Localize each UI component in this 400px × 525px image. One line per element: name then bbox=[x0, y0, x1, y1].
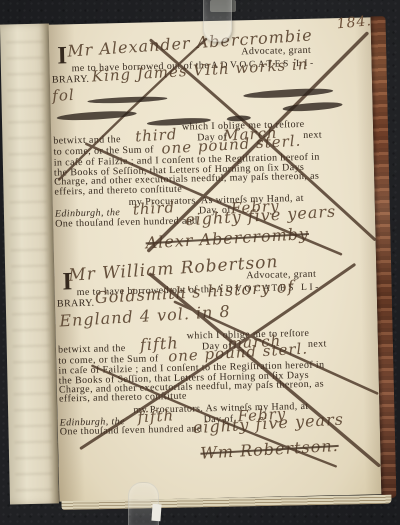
printed-next-label: next bbox=[303, 130, 322, 141]
printed-year-label: One thouſand ſeven hundred and bbox=[60, 423, 203, 437]
signed-day-handwritten: fifth bbox=[137, 406, 175, 426]
printed-next-label: next bbox=[308, 338, 327, 349]
entry-initial: I bbox=[57, 44, 67, 68]
photograph-of-register-book: 184. I Mr Alexander Abercrombie Advocate… bbox=[0, 0, 400, 525]
book-title-handwritten-line2: fol bbox=[52, 86, 75, 105]
paper-chip bbox=[151, 504, 161, 522]
signature-handwritten: Wm Robertson. bbox=[200, 436, 339, 463]
book-strap-top bbox=[203, 0, 232, 42]
printed-library-label: BRARY. bbox=[57, 298, 95, 310]
register-page: 184. I Mr Alexander Abercrombie Advocate… bbox=[49, 17, 382, 501]
printed-library-label: BRARY. bbox=[52, 74, 90, 86]
signed-day-handwritten: third bbox=[132, 198, 175, 218]
printed-effeirs-line: effeirs, and thereto conſtitute bbox=[59, 391, 187, 405]
show-through-text-smudges bbox=[6, 34, 53, 495]
borrow-entry-2: I Mr William Robertson Advocate, grant m… bbox=[49, 17, 382, 501]
